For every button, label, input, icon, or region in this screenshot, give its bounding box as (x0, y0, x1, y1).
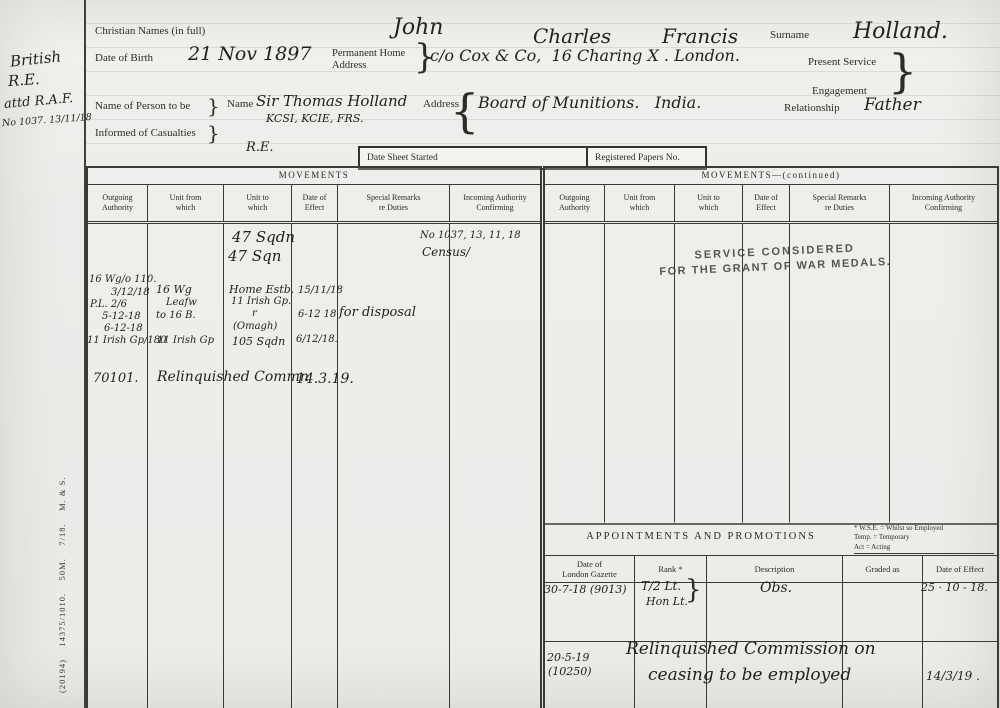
movements-header-row: Outgoing AuthorityUnit from whichUnit to… (88, 185, 540, 224)
nok-address-label: Address (423, 98, 459, 111)
column-header: Incoming Authority Confirming (890, 185, 997, 221)
column-rule (635, 583, 707, 708)
column-rule (545, 223, 605, 523)
relationship-label: Relationship (784, 102, 840, 115)
legend-wse: * W.S.E. = Whilst so Employed (854, 524, 994, 533)
appointments-title: APPOINTMENTS AND PROMOTIONS (545, 531, 857, 542)
margin-note-attd-raf: attd R.A.F. (4, 92, 74, 112)
column-rule (450, 223, 540, 708)
column-header: Outgoing Authority (545, 185, 605, 221)
nok-name-label: Name (227, 98, 253, 111)
column-rule (224, 223, 292, 708)
column-header: Date of Effect (923, 556, 997, 582)
christian-names-label: Christian Names (in full) (95, 25, 205, 38)
movements-continued-header-row: Outgoing AuthorityUnit from whichUnit to… (545, 185, 997, 224)
column-header: Unit from which (605, 185, 675, 221)
column-header: Description (707, 556, 843, 582)
engagement-label: Engagement (812, 85, 867, 98)
date-of-birth-label: Date of Birth (95, 52, 153, 65)
movements-title: MOVEMENTS (88, 168, 540, 185)
appointments-body (545, 583, 997, 708)
column-rule (148, 223, 224, 708)
column-header: Outgoing Authority (88, 185, 148, 221)
margin-note-british: British (9, 49, 62, 70)
permanent-address-label: Permanent Home Address (332, 48, 422, 72)
casualties-label-line2: Informed of Casualties (95, 127, 196, 140)
movements-continued-title: MOVEMENTS—(continued) (545, 168, 997, 185)
column-rule (338, 223, 450, 708)
column-rule (88, 223, 148, 708)
margin-note-re: R.E. (7, 72, 40, 90)
appointments-title-row: APPOINTMENTS AND PROMOTIONS * W.S.E. = W… (545, 521, 997, 556)
column-rule (843, 583, 923, 708)
legend-temp: Temp. = Temporary (854, 533, 994, 542)
column-header: Unit from which (148, 185, 224, 221)
column-header: Date of Effect (292, 185, 338, 221)
column-rule (890, 223, 997, 523)
appointments-legend: * W.S.E. = Whilst so EmployedTemp. = Tem… (854, 524, 994, 554)
appointments-table: APPOINTMENTS AND PROMOTIONS * W.S.E. = W… (543, 521, 999, 708)
margin-note-number: No 1037. 13/11/18 (2, 113, 92, 129)
column-rule (923, 583, 997, 708)
surname-label: Surname (770, 29, 809, 42)
column-header: Unit to which (224, 185, 292, 221)
movements-body (88, 223, 540, 708)
column-header: Unit to which (675, 185, 743, 221)
appointments-header-row: Date of London GazetteRank *DescriptionG… (545, 556, 997, 583)
column-rule (707, 583, 843, 708)
scanned-record-card: Christian Names (in full) Date of Birth … (0, 0, 1000, 708)
faint-ruled-lines (86, 0, 1000, 168)
column-header: Special Remarks re Duties (790, 185, 890, 221)
column-rule (545, 583, 635, 708)
column-header: Date of London Gazette (545, 556, 635, 582)
column-header: Rank * (635, 556, 707, 582)
casualties-label-line1: Name of Person to be (95, 100, 190, 113)
column-rule (292, 223, 338, 708)
movements-table-right: MOVEMENTS—(continued) Outgoing Authority… (543, 166, 999, 525)
movements-table-left: MOVEMENTS Outgoing AuthorityUnit from wh… (86, 166, 542, 708)
appointments-row-divider (545, 641, 997, 642)
legend-act: Act = Acting (854, 543, 994, 552)
present-service-label: Present Service (808, 56, 876, 69)
printers-code: (20194) 14375/1010. 50M. 7/18. M. & S. (57, 477, 67, 693)
column-header: Incoming Authority Confirming (450, 185, 540, 221)
column-header: Special Remarks re Duties (338, 185, 450, 221)
column-header: Graded as (843, 556, 923, 582)
column-header: Date of Effect (743, 185, 790, 221)
